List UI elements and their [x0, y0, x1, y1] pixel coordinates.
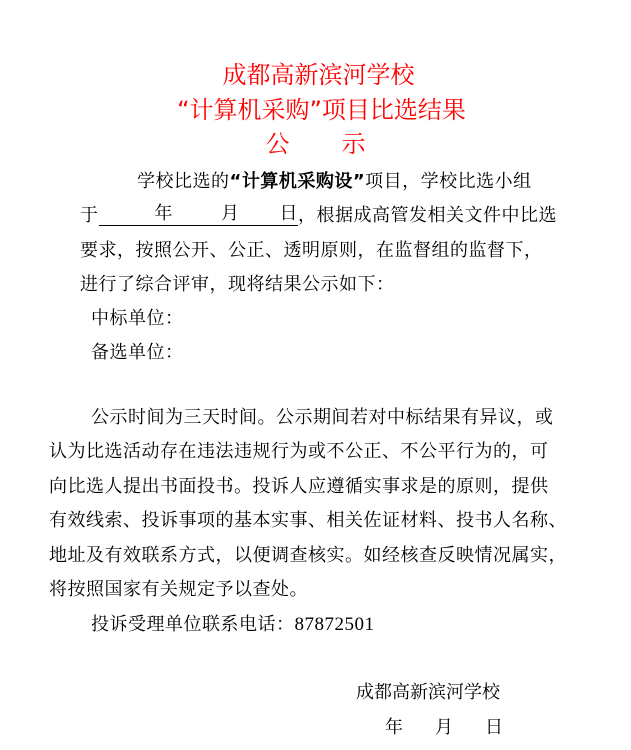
intro-text: 于 — [80, 205, 99, 226]
notice-line-2: 认为比选活动存在违法违规行为或不公正、不公平行为的，可 — [49, 440, 549, 464]
document-title-project: “计算机采购”项目比选结果 — [6, 95, 631, 125]
notice-line-5: 地址及有效联系方式，以便调查核实。如经核查反映情况属实， — [49, 544, 567, 568]
signature-year: 年 — [385, 716, 403, 740]
title-notice-char-1: 公 — [266, 130, 290, 158]
project-name: “计算机采购设” — [230, 171, 366, 192]
alternate-label: 备选单位： — [91, 341, 184, 365]
contact-phone: 87872501 — [295, 614, 375, 635]
intro-line-3: 要求，按照公开、公正、透明原则，在监督组的监督下， — [80, 239, 543, 263]
signature-month: 月 — [435, 716, 453, 740]
signature-day: 日 — [485, 716, 503, 740]
document-title-school: 成都高新滨河学校 — [3, 60, 631, 90]
notice-line-6: 将按照国家有关规定予以查处。 — [49, 578, 308, 602]
intro-text: 项目，学校比选小组 — [365, 171, 532, 192]
date-blank-field: 年月日 — [99, 204, 299, 226]
contact-label: 投诉受理单位联系电话： — [91, 614, 295, 635]
notice-line-1: 公示时间为三天时间。公示期间若对中标结果有异议，或 — [91, 406, 554, 430]
title-notice-char-2: 示 — [342, 130, 366, 158]
date-month-label: 月 — [221, 203, 240, 224]
intro-line-2: 于年月日，根据成高管发相关文件中比选 — [80, 204, 557, 228]
intro-line-1: 学校比选的“计算机采购设”项目，学校比选小组 — [137, 170, 532, 194]
signature-date: 年月日 — [385, 716, 503, 740]
intro-line-4: 进行了综合评审，现将结果公示如下： — [80, 273, 395, 297]
winner-label: 中标单位： — [91, 307, 184, 331]
intro-text: ，根据成高管发相关文件中比选 — [298, 205, 557, 226]
document-title-notice: 公示 — [0, 129, 631, 159]
notice-line-3: 向比选人提出书面投书。投诉人应遵循实事求是的原则，提供 — [49, 475, 549, 499]
date-year-label: 年 — [155, 203, 174, 224]
signature-org: 成都高新滨河学校 — [356, 681, 500, 705]
date-day-label: 日 — [280, 203, 299, 224]
notice-line-4: 有效线索、投诉事项的基本实事、相关佐证材料、投书人名称、 — [49, 509, 567, 533]
intro-text: 学校比选的 — [137, 171, 230, 192]
contact-line: 投诉受理单位联系电话：87872501 — [91, 613, 375, 637]
